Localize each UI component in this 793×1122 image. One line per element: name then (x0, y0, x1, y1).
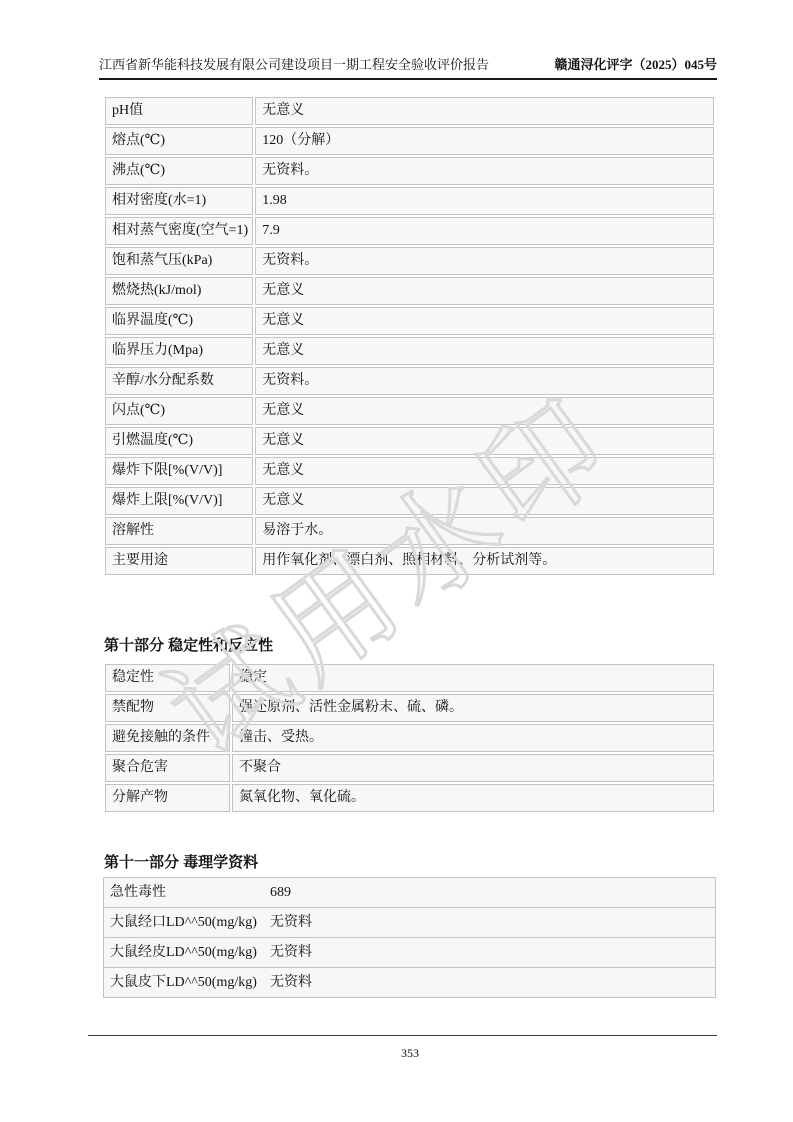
row-value: 无意义 (255, 487, 714, 515)
row-value: 无资料 (270, 975, 312, 990)
row-value: 无资料 (270, 945, 312, 960)
row-label: 临界温度(℃) (105, 307, 253, 335)
row-value: 无资料。 (255, 367, 714, 395)
table-row: 临界温度(℃)无意义 (105, 307, 714, 335)
row-value: 撞击、受热。 (232, 724, 714, 752)
physical-properties-table: pH值无意义熔点(℃)120（分解）沸点(℃)无资料。相对密度(水=1)1.98… (103, 95, 716, 577)
table-row: 大鼠经口LD^^50(mg/kg)无资料 (104, 908, 716, 938)
row-label: 聚合危害 (105, 754, 230, 782)
table-row: 聚合危害不聚合 (105, 754, 714, 782)
table-row: pH值无意义 (105, 97, 714, 125)
row-label: 大鼠皮下LD^^50(mg/kg) (110, 974, 270, 992)
table-row: 闪点(℃)无意义 (105, 397, 714, 425)
table-row: 稳定性稳定 (105, 664, 714, 692)
row-value: 1.98 (255, 187, 714, 215)
row-value: 稳定 (232, 664, 714, 692)
row-value: 无资料。 (255, 157, 714, 185)
row-value: 无资料。 (255, 247, 714, 275)
row-label: 饱和蒸气压(kPa) (105, 247, 253, 275)
table-row: 爆炸上限[%(V/V)]无意义 (105, 487, 714, 515)
row-value: 120（分解） (255, 127, 714, 155)
footer-rule (88, 1035, 717, 1036)
table-row: 沸点(℃)无资料。 (105, 157, 714, 185)
document-page: 江西省新华能科技发展有限公司建设项目一期工程安全验收评价报告 赣通浔化评字（20… (0, 0, 793, 1122)
table-row: 溶解性易溶于水。 (105, 517, 714, 545)
toxicology-table: 急性毒性689大鼠经口LD^^50(mg/kg)无资料大鼠经皮LD^^50(mg… (103, 877, 716, 998)
row-label: 相对蒸气密度(空气=1) (105, 217, 253, 245)
row-value: 无意义 (255, 427, 714, 455)
row-label: 沸点(℃) (105, 157, 253, 185)
row-label: 引燃温度(℃) (105, 427, 253, 455)
row-value: 氮氧化物、氧化硫。 (232, 784, 714, 812)
row-label: 溶解性 (105, 517, 253, 545)
table-row: 分解产物氮氧化物、氧化硫。 (105, 784, 714, 812)
table-row: 燃烧热(kJ/mol)无意义 (105, 277, 714, 305)
table-row: 饱和蒸气压(kPa)无资料。 (105, 247, 714, 275)
table-row: 急性毒性689 (104, 878, 716, 908)
row-label: 相对密度(水=1) (105, 187, 253, 215)
stability-reactivity-table: 稳定性稳定禁配物强还原剂、活性金属粉末、硫、磷。避免接触的条件撞击、受热。聚合危… (103, 662, 716, 814)
section-11-heading: 第十一部分 毒理学资料 (104, 853, 258, 873)
row-value: 7.9 (255, 217, 714, 245)
section-10-heading: 第十部分 稳定性和反应性 (104, 636, 273, 656)
row-label: 稳定性 (105, 664, 230, 692)
header-doc-number: 赣通浔化评字（2025）045号 (554, 56, 717, 73)
row-label: pH值 (105, 97, 253, 125)
table-row: 禁配物强还原剂、活性金属粉末、硫、磷。 (105, 694, 714, 722)
row-value: 强还原剂、活性金属粉末、硫、磷。 (232, 694, 714, 722)
row-label: 熔点(℃) (105, 127, 253, 155)
row-label: 急性毒性 (110, 884, 270, 902)
row-label: 闪点(℃) (105, 397, 253, 425)
row-label: 临界压力(Mpa) (105, 337, 253, 365)
row-value: 不聚合 (232, 754, 714, 782)
table-row: 熔点(℃)120（分解） (105, 127, 714, 155)
table-row: 避免接触的条件撞击、受热。 (105, 724, 714, 752)
row-label: 爆炸下限[%(V/V)] (105, 457, 253, 485)
table-row: 爆炸下限[%(V/V)]无意义 (105, 457, 714, 485)
row-label: 燃烧热(kJ/mol) (105, 277, 253, 305)
row-label: 爆炸上限[%(V/V)] (105, 487, 253, 515)
page-number: 353 (104, 1046, 716, 1060)
table-row: 临界压力(Mpa)无意义 (105, 337, 714, 365)
row-value: 689 (270, 885, 291, 900)
row-value: 无意义 (255, 397, 714, 425)
row-value: 易溶于水。 (255, 517, 714, 545)
header-report-title: 江西省新华能科技发展有限公司建设项目一期工程安全验收评价报告 (99, 56, 489, 73)
row-label: 大鼠经口LD^^50(mg/kg) (110, 914, 270, 932)
table-row: 相对蒸气密度(空气=1)7.9 (105, 217, 714, 245)
row-value: 无意义 (255, 277, 714, 305)
table-row: 引燃温度(℃)无意义 (105, 427, 714, 455)
table-row: 主要用途用作氧化剂、漂白剂、照相材料、分析试剂等。 (105, 547, 714, 575)
row-label: 大鼠经皮LD^^50(mg/kg) (110, 944, 270, 962)
row-value: 无资料 (270, 915, 312, 930)
row-label: 主要用途 (105, 547, 253, 575)
row-value: 无意义 (255, 457, 714, 485)
page-header: 江西省新华能科技发展有限公司建设项目一期工程安全验收评价报告 赣通浔化评字（20… (99, 56, 717, 80)
row-value: 无意义 (255, 307, 714, 335)
row-label: 避免接触的条件 (105, 724, 230, 752)
row-label: 辛醇/水分配系数 (105, 367, 253, 395)
row-value: 无意义 (255, 337, 714, 365)
table-row: 相对密度(水=1)1.98 (105, 187, 714, 215)
table-row: 大鼠皮下LD^^50(mg/kg)无资料 (104, 968, 716, 998)
row-value: 无意义 (255, 97, 714, 125)
table-row: 大鼠经皮LD^^50(mg/kg)无资料 (104, 938, 716, 968)
table-row: 辛醇/水分配系数无资料。 (105, 367, 714, 395)
row-label: 禁配物 (105, 694, 230, 722)
row-label: 分解产物 (105, 784, 230, 812)
row-value: 用作氧化剂、漂白剂、照相材料、分析试剂等。 (255, 547, 714, 575)
